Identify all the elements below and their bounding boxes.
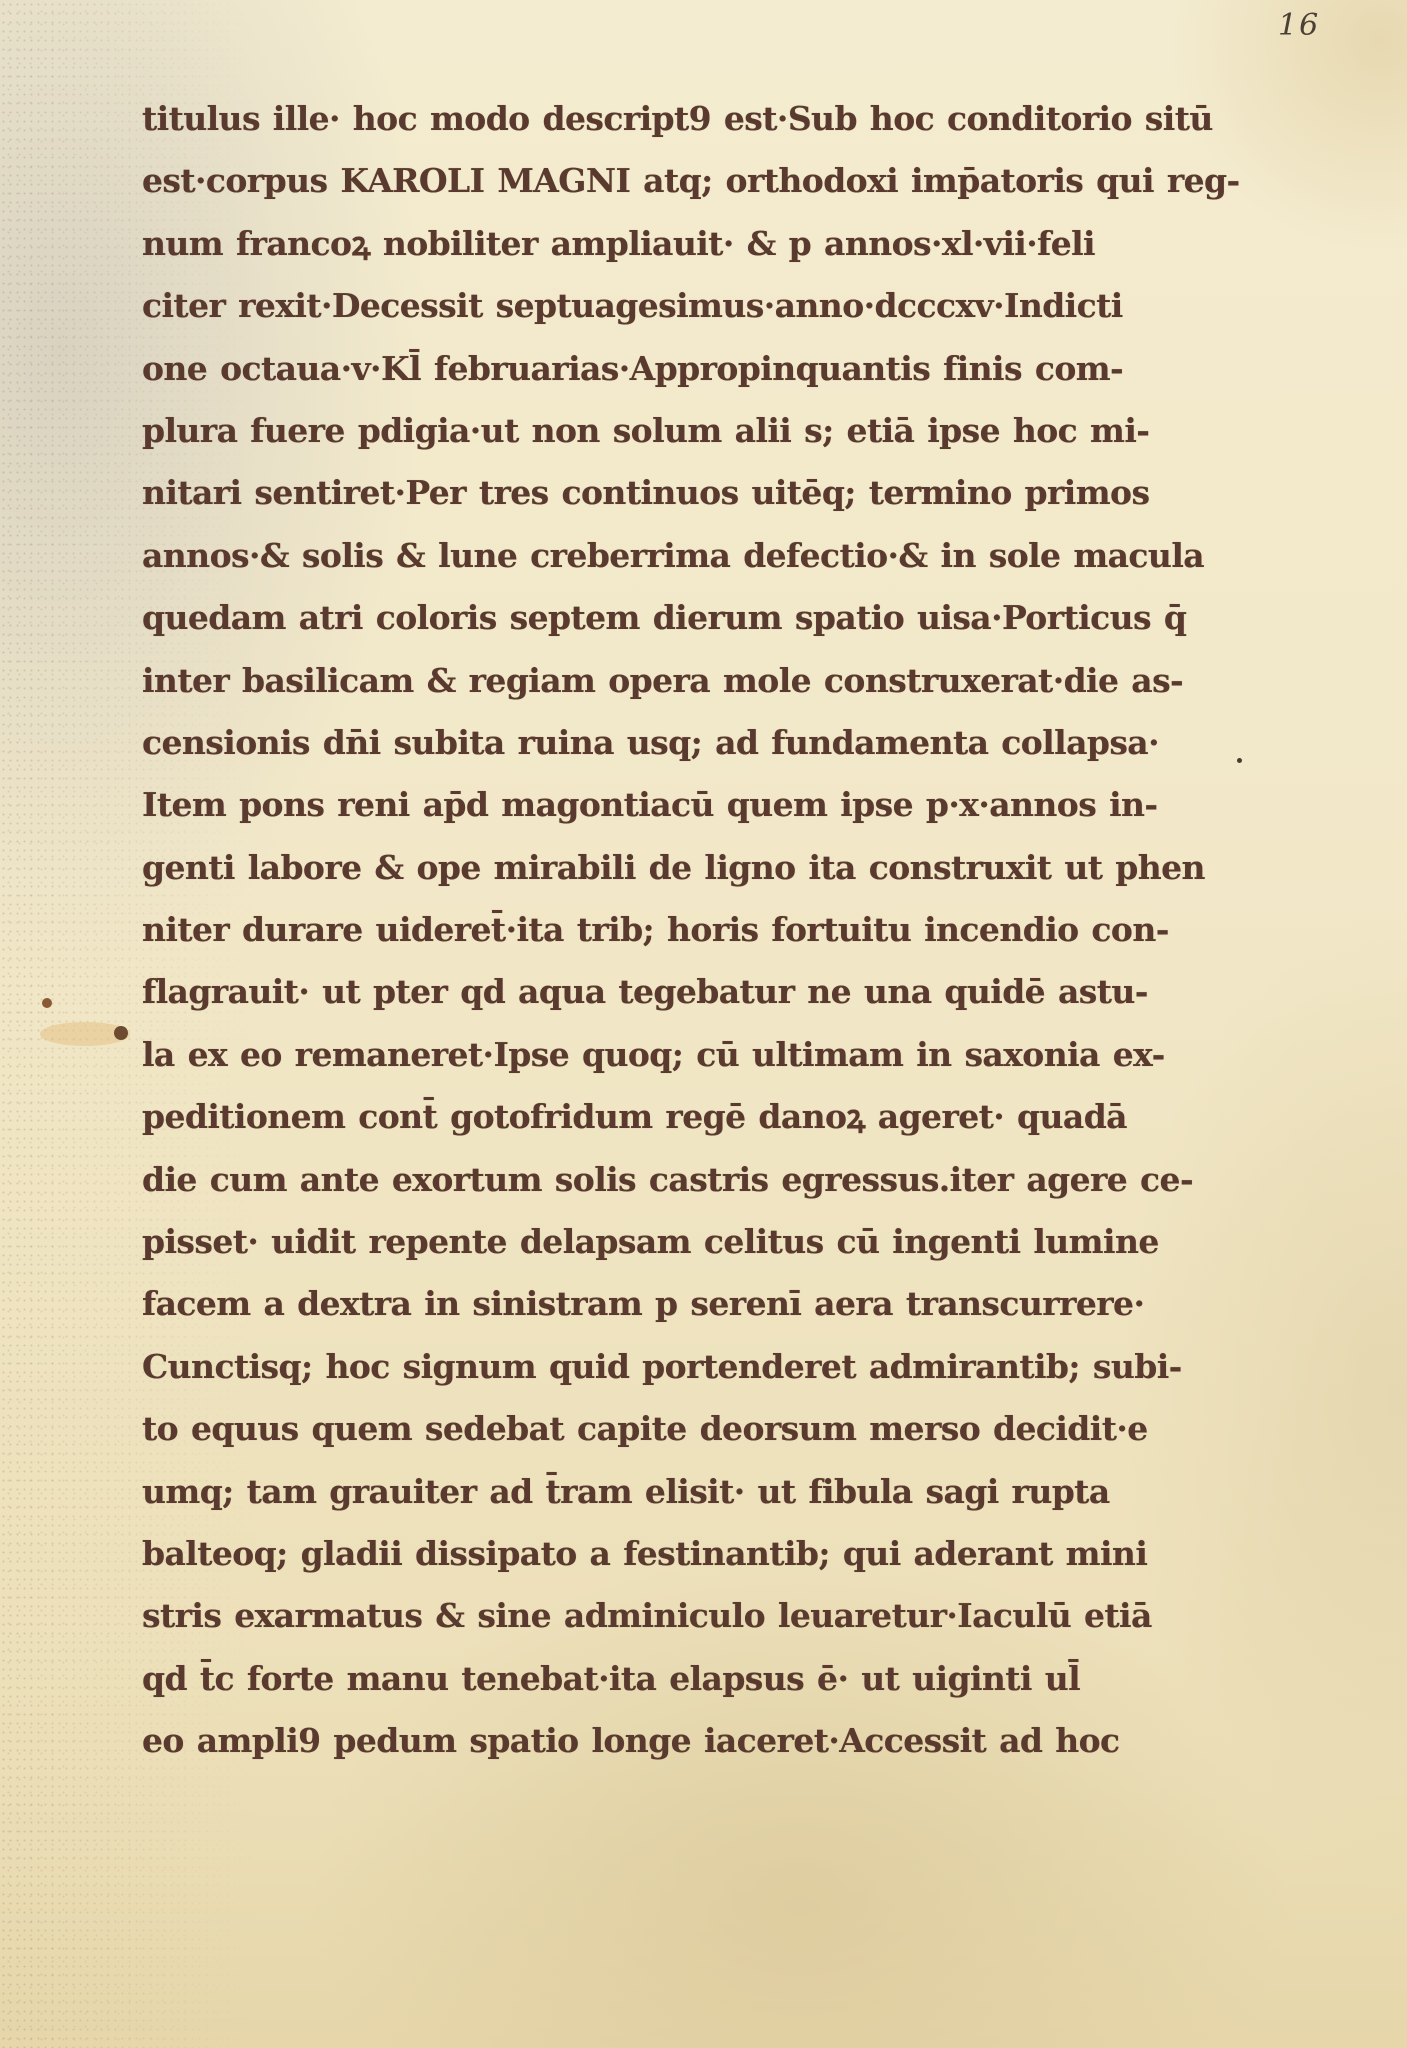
text-line: citer rexit·Decessit septuagesimus·anno·… <box>142 275 1222 337</box>
text-line: inter basilicam & regiam opera mole cons… <box>142 650 1222 712</box>
text-line: umq; tam grauiter ad t̄ram elisit· ut fi… <box>142 1461 1222 1523</box>
text-line: pisset· uidit repente delapsam celitus c… <box>142 1211 1222 1273</box>
text-line: qd t̄c forte manu tenebat·ita elapsus ē… <box>142 1648 1222 1710</box>
text-line: la ex eo remaneret·Ipse quoq; cū ultima… <box>142 1024 1222 1086</box>
text-line: num francoꝝ nobiliter ampliauit· & p ann… <box>142 213 1222 275</box>
text-line: peditionem cont̄ gotofridum regē danoꝝ … <box>142 1086 1222 1148</box>
text-line: genti labore & ope mirabili de ligno ita… <box>142 837 1222 899</box>
text-line: est·corpus KAROLI MAGNI atq; orthodoxi i… <box>142 150 1222 212</box>
text-line: plura fuere pdigia·ut non solum alii s; … <box>142 400 1222 462</box>
text-line: stris exarmatus & sine adminiculo leuare… <box>142 1585 1222 1647</box>
text-line: Cunctisq; hoc signum quid portenderet ad… <box>142 1336 1222 1398</box>
stain-mark <box>114 1026 128 1040</box>
stain-mark <box>42 998 52 1008</box>
text-line: to equus quem sedebat capite deorsum mer… <box>142 1398 1222 1460</box>
text-line: titulus ille· hoc modo descript9 est·Sub… <box>142 88 1222 150</box>
folio-number: 16 <box>1278 8 1320 43</box>
text-line: quedam atri coloris septem dierum spatio… <box>142 587 1222 649</box>
text-line: censionis dn̄i subita ruina usq; ad fund… <box>142 712 1222 774</box>
text-line: niter durare uideret̄·ita trib; horis fo… <box>142 899 1222 961</box>
manuscript-text-block: titulus ille· hoc modo descript9 est·Sub… <box>142 88 1222 1773</box>
text-line: facem a dextra in sinistram p serenī ae… <box>142 1273 1222 1335</box>
text-line: eo ampli9 pedum spatio longe iaceret·Acc… <box>142 1710 1222 1772</box>
text-line: Item pons reni ap̄d magontiacū quem ips… <box>142 774 1222 836</box>
text-line: nitari sentiret·Per tres continuos uitē… <box>142 462 1222 524</box>
text-line: one octaua·v·Kl̄ februarias·Appropinquan… <box>142 338 1222 400</box>
text-line: annos·& solis & lune creberrima defectio… <box>142 525 1222 587</box>
ink-dot <box>1237 758 1242 763</box>
text-line: balteoq; gladii dissipato a festinantib;… <box>142 1523 1222 1585</box>
text-line: flagrauit· ut pter qd aqua tegebatur ne … <box>142 961 1222 1023</box>
text-line: die cum ante exortum solis castris egres… <box>142 1149 1222 1211</box>
